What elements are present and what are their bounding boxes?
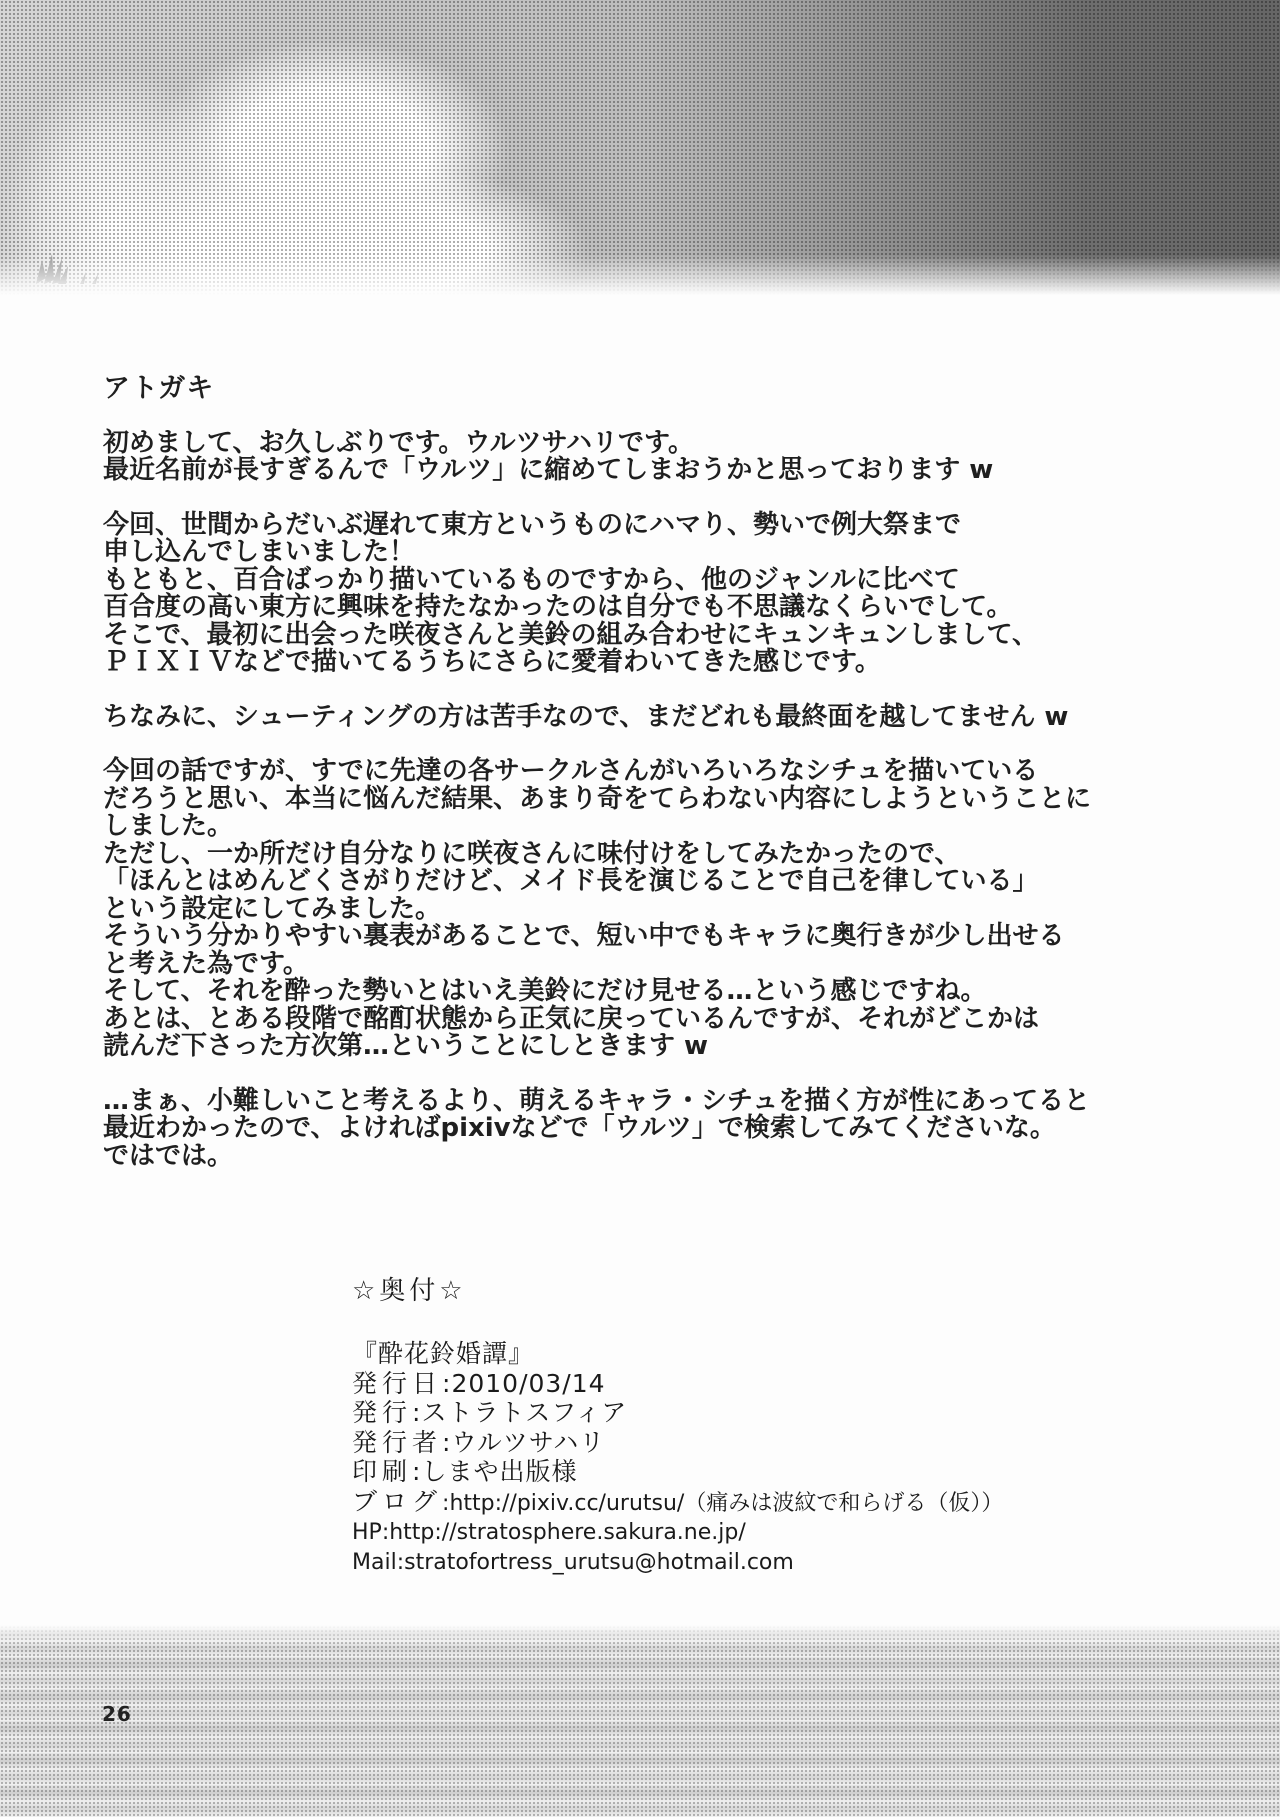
homepage-url: http://stratosphere.sakura.ne.jp/ <box>389 1520 746 1545</box>
colophon-key: 発行 <box>352 1398 412 1427</box>
mail-address: stratofortress_urutsu@hotmail.com <box>404 1550 794 1575</box>
text-line: という設定にしてみました。 <box>103 896 1203 924</box>
colophon-title: ☆奥付☆ <box>352 1270 1232 1307</box>
text-line: ちなみに、シューティングの方は苦手なので、まだどれも最終面を越してません w <box>103 704 1203 732</box>
colophon-value: ストラトスフィア <box>421 1398 627 1427</box>
text-line: 初めまして、お久しぶりです。ウルツサハリです。 <box>103 430 1203 458</box>
colophon-row-blog: ブログ:http://pixiv.cc/urutsu/（痛みは波紋で和らげる（仮… <box>352 1487 1232 1519</box>
text-line: 今回、世間からだいぶ遅れて東方というものにハマり、勢いで例大祭まで <box>103 512 1203 540</box>
text-line: …まぁ、小難しいこと考えるより、萌えるキャラ・シチュを描く方が性にあってると <box>103 1088 1203 1116</box>
text-line: そこで、最初に出会った咲夜さんと美鈴の組み合わせにキュンキュンしまして、 <box>103 622 1203 650</box>
text-line: そして、それを酔った勢いとはいえ美鈴にだけ見せる…という感じですね。 <box>103 978 1203 1006</box>
text-line: あとは、とある段階で酩酊状態から正気に戻っているんですが、それがどこかは <box>103 1006 1203 1034</box>
text-line: 今回の話ですが、すでに先達の各サークルさんがいろいろなシチュを描いている <box>103 758 1203 786</box>
text-line: 読んだ下さった方次第…ということにしときます w <box>103 1033 1203 1061</box>
text-line: ＰＩＸＩＶなどで描いてるうちにさらに愛着わいてきた感じです。 <box>103 649 1203 677</box>
colophon-value: ウルツサハリ <box>451 1428 605 1457</box>
colophon-value: 2010/03/14 <box>451 1369 605 1398</box>
afterword-section: アトガキ 初めまして、お久しぶりです。ウルツサハリです。 最近名前が長すぎるんで… <box>103 375 1203 1197</box>
top-foliage-illustration <box>0 0 1280 295</box>
text-line: 最近わかったので、よければpixivなどで「ウルツ」で検索してみてくださいな。 <box>103 1115 1203 1143</box>
colophon-key: 印刷 <box>352 1457 412 1486</box>
text-line: だろうと思い、本当に悩んだ結果、あまり奇をてらわない内容にしようということに <box>103 786 1203 814</box>
page-number: 26 <box>102 1702 132 1726</box>
colophon-row-publish-date: 発行日:2010/03/14 <box>352 1369 1232 1399</box>
colophon-key: 発行日 <box>352 1369 442 1398</box>
afterword-paragraph-1: 初めまして、お久しぶりです。ウルツサハリです。 最近名前が長すぎるんで「ウルツ」… <box>103 430 1203 485</box>
colophon-row-publisher: 発行:ストラトスフィア <box>352 1398 1232 1428</box>
afterword-paragraph-5: …まぁ、小難しいこと考えるより、萌えるキャラ・シチュを描く方が性にあってると 最… <box>103 1088 1203 1171</box>
afterword-paragraph-2: 今回、世間からだいぶ遅れて東方というものにハマり、勢いで例大祭まで 申し込んでし… <box>103 512 1203 677</box>
blog-url: http://pixiv.cc/urutsu/（痛みは波紋で和らげる（仮）） <box>449 1491 1003 1516</box>
colophon-value: しまや出版様 <box>421 1457 577 1486</box>
colophon-key: Mail <box>352 1550 397 1575</box>
text-line: しました。 <box>103 813 1203 841</box>
text-line: 申し込んでしまいました！ <box>103 539 1203 567</box>
book-title: 『酔花鈴婚譚』 <box>352 1339 1232 1369</box>
colophon-row-homepage: HP:http://stratosphere.sakura.ne.jp/ <box>352 1518 1232 1548</box>
text-line: 「ほんとはめんどくさがりだけど、メイド長を演じることで自己を律している」 <box>103 868 1203 896</box>
text-line: ただし、一か所だけ自分なりに咲夜さんに味付けをしてみたかったので、 <box>103 841 1203 869</box>
bottom-water-illustration <box>0 1625 1280 1817</box>
colophon-row-author: 発行者:ウルツサハリ <box>352 1428 1232 1458</box>
text-line: ではでは。 <box>103 1143 1203 1171</box>
colophon-key: 発行者 <box>352 1428 442 1457</box>
afterword-title: アトガキ <box>103 375 1203 403</box>
colophon-row-mail: Mail:stratofortress_urutsu@hotmail.com <box>352 1548 1232 1578</box>
afterword-paragraph-4: 今回の話ですが、すでに先達の各サークルさんがいろいろなシチュを描いている だろう… <box>103 758 1203 1061</box>
colophon-key: HP <box>352 1520 382 1545</box>
colophon-row-printer: 印刷:しまや出版様 <box>352 1457 1232 1487</box>
text-line: と考えた為です。 <box>103 951 1203 979</box>
colophon-key: ブログ <box>352 1487 442 1516</box>
afterword-paragraph-3: ちなみに、シューティングの方は苦手なので、まだどれも最終面を越してません w <box>103 704 1203 732</box>
text-line: そういう分かりやすい裏表があることで、短い中でもキャラに奥行きが少し出せる <box>103 923 1203 951</box>
colophon-section: ☆奥付☆ 『酔花鈴婚譚』 発行日:2010/03/14 発行:ストラトスフィア … <box>352 1270 1232 1577</box>
text-line: 百合度の高い東方に興味を持たなかったのは自分でも不思議なくらいでして。 <box>103 594 1203 622</box>
colophon-separator: : <box>397 1550 404 1575</box>
leaf-sprig-icon <box>28 248 108 288</box>
text-line: もともと、百合ばっかり描いているものですから、他のジャンルに比べて <box>103 567 1203 595</box>
text-line: 最近名前が長すぎるんで「ウルツ」に縮めてしまおうかと思っております w <box>103 457 1203 485</box>
